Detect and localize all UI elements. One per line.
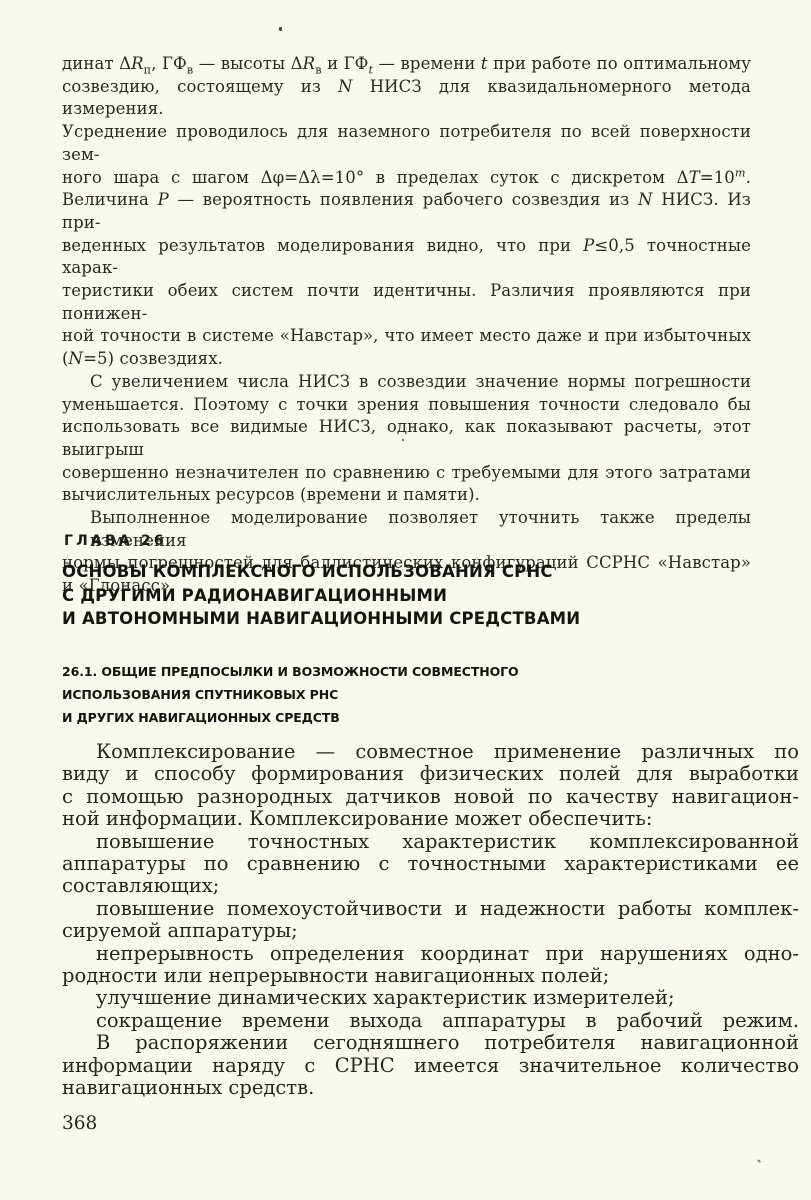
section-heading-line: ИСПОЛЬЗОВАНИЯ СПУТНИКОВЫХ РНС [62,683,519,706]
section-body-text-block: Комплексирование — совместное применение… [62,741,799,1100]
text-line: Комплексирование — совместное применение… [62,741,799,763]
text-line: сируемой аппаратуры; [62,920,799,942]
text-line: сокращение времени выхода аппаратуры в р… [62,1010,799,1032]
text-line: Усреднение проводилось для наземного пот… [62,121,751,166]
text-line: ной точности в системе «Навстар», что им… [62,325,751,348]
text-line: ного шара с шагом Δφ=Δλ=10° в пределах с… [62,167,751,190]
chapter-label: ГЛАВА 26 [64,533,167,549]
text-line: вычислительных ресурсов (времени и памят… [62,484,751,507]
scan-speck [757,1159,761,1163]
scanned-book-page: динат ΔRп, ГФв — высоты ΔRв и ГФt — врем… [0,0,811,1200]
text-line: теристики обеих систем почти идентичны. … [62,280,751,325]
text-line: веденных результатов моделирования видно… [62,235,751,280]
text-line: (N=5) созвездиях. [62,348,751,371]
continuation-text-block: динат ΔRп, ГФв — высоты ΔRв и ГФt — врем… [62,53,751,598]
chapter-title-line: С ДРУГИМИ РАДИОНАВИГАЦИОННЫМИ [62,584,580,608]
page-number: 368 [62,1113,97,1134]
text-line: повышение помехоустойчивости и надежност… [62,898,799,920]
text-line: совершенно незначителен по сравнению с т… [62,462,751,485]
section-heading-line: 26.1. ОБЩИЕ ПРЕДПОСЫЛКИ И ВОЗМОЖНОСТИ СО… [62,660,519,683]
text-line: улучшение динамических характеристик изм… [62,987,799,1009]
scan-speck [279,27,282,31]
text-line: повышение точностных характеристик компл… [62,831,799,853]
text-line: С увеличением числа НИСЗ в созвездии зна… [62,371,751,394]
text-line: с помощью разнородных датчиков новой по … [62,786,799,808]
text-line: виду и способу формирования физических п… [62,763,799,785]
text-line: информации наряду с СРНС имеется значите… [62,1055,799,1077]
text-line: составляющих; [62,875,799,897]
text-line: Величина P — вероятность появления рабоч… [62,189,751,234]
text-line: использовать все видимые НИСЗ, однако, к… [62,416,751,461]
chapter-title-line: И АВТОНОМНЫМИ НАВИГАЦИОННЫМИ СРЕДСТВАМИ [62,607,580,631]
text-line: динат ΔRп, ГФв — высоты ΔRв и ГФt — врем… [62,53,751,76]
text-line: В распоряжении сегодняшнего потребителя … [62,1032,799,1054]
text-line: аппаратуры по сравнению с точностными ха… [62,853,799,875]
section-heading-line: И ДРУГИХ НАВИГАЦИОННЫХ СРЕДСТВ [62,706,519,729]
text-line: уменьшается. Поэтому с точки зрения повы… [62,394,751,417]
text-line: непрерывность определения координат при … [62,943,799,965]
text-line: созвездию, состоящему из N НИСЗ для кваз… [62,76,751,121]
section-heading: 26.1. ОБЩИЕ ПРЕДПОСЫЛКИ И ВОЗМОЖНОСТИ СО… [62,660,519,729]
text-line: родности или непрерывности навигационных… [62,965,799,987]
text-line: навигационных средств. [62,1077,799,1099]
chapter-title: ОСНОВЫ КОМПЛЕКСНОГО ИСПОЛЬЗОВАНИЯ СРНСС … [62,560,580,631]
text-line: ной информации. Комплексирование может о… [62,808,799,830]
chapter-title-line: ОСНОВЫ КОМПЛЕКСНОГО ИСПОЛЬЗОВАНИЯ СРНС [62,560,580,584]
